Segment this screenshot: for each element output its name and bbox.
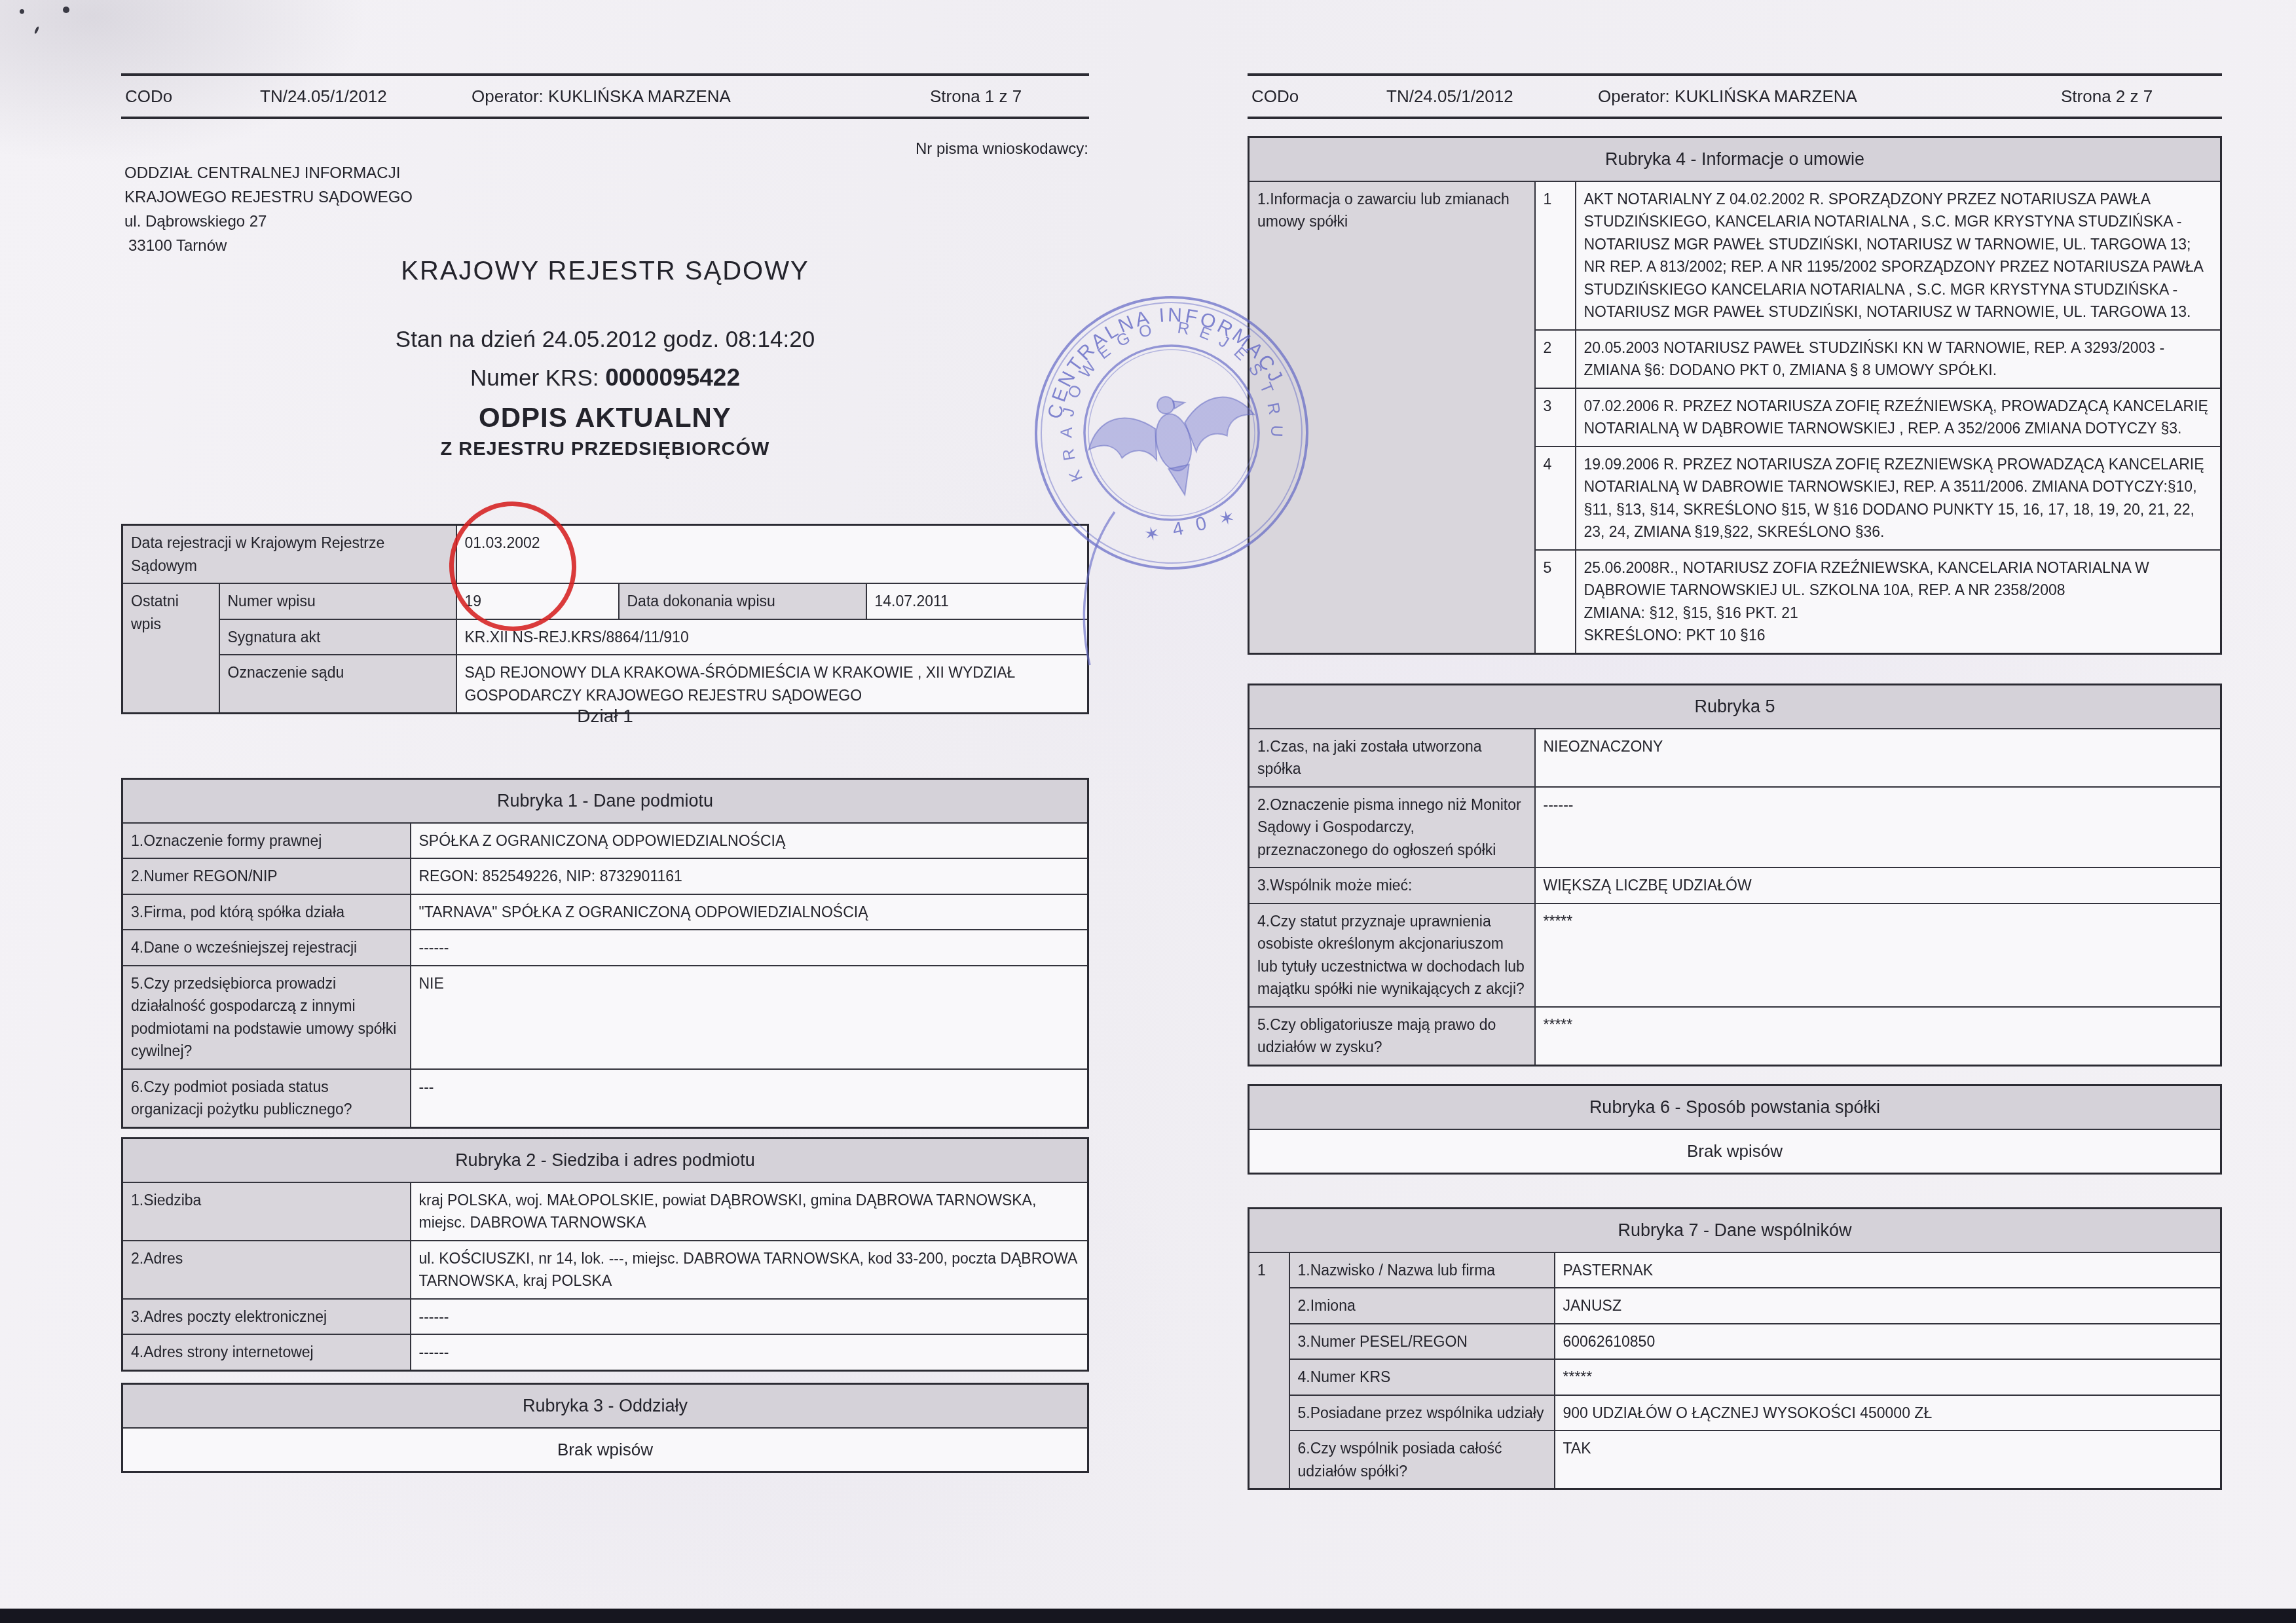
odpis-heading: ODPIS AKTUALNY xyxy=(121,402,1089,433)
table-row: 4.Dane o wcześniejszej rejestracji------ xyxy=(122,930,1088,966)
page2-header: CODo TN/24.05/1/2012 Operator: KUKLIŃSKA… xyxy=(1248,73,2222,119)
table-row: 2.Numer REGON/NIPREGON: 852549226, NIP: … xyxy=(122,858,1088,894)
rubryka4-table: Rubryka 4 - Informacje o umowie 1.Inform… xyxy=(1248,136,2222,655)
issuer-address-line: KRAJOWEGO REJESTRU SĄDOWEGO xyxy=(124,185,413,210)
row-value: ***** xyxy=(1535,1007,2221,1066)
table-row: Brak wpisów xyxy=(122,1428,1088,1472)
row-value: ul. KOŚCIUSZKI, nr 14, lok. ---, miejsc.… xyxy=(411,1241,1088,1299)
page1-header-operator: Operator: KUKLIŃSKA MARZENA xyxy=(472,86,731,107)
table-row: Brak wpisów xyxy=(1249,1129,2221,1174)
row-value: TAK xyxy=(1555,1431,2221,1489)
page2-header-page: Strona 2 z 7 xyxy=(2061,86,2153,107)
row-label: 4.Czy statut przyznaje uprawnienia osobi… xyxy=(1249,903,1535,1007)
rubryka4-title: Rubryka 4 - Informacje o umowie xyxy=(1249,137,2221,181)
row-value: --- xyxy=(411,1069,1088,1128)
rubryka6-wrap: Rubryka 6 - Sposób powstania spółki Brak… xyxy=(1248,1084,2222,1175)
row-value: ------ xyxy=(1535,787,2221,868)
table-row: 2.ImionaJANUSZ xyxy=(1249,1288,2221,1324)
row-label: 1.Nazwisko / Nazwa lub firma xyxy=(1289,1252,1555,1288)
table-row: Sygnatura akt KR.XII NS-REJ.KRS/8864/11/… xyxy=(122,619,1088,655)
row-label: 2.Imiona xyxy=(1289,1288,1555,1324)
register-subtitle: Z REJESTRU PRZEDSIĘBIORCÓW xyxy=(121,439,1089,460)
entry-date-label: Data dokonania wpisu xyxy=(619,583,866,619)
rubryka4-wrap: Rubryka 4 - Informacje o umowie 1.Inform… xyxy=(1248,136,2222,655)
page1-header-page: Strona 1 z 7 xyxy=(930,86,1022,107)
table-row: Rubryka 5 xyxy=(1249,685,2221,729)
table-row: Rubryka 1 - Dane podmiotu xyxy=(122,779,1088,823)
table-row: Rubryka 4 - Informacje o umowie xyxy=(1249,137,2221,181)
court-designation-label: Oznaczenie sądu xyxy=(219,655,456,714)
row-label: 5.Czy przedsiębiorca prowadzi działalnoś… xyxy=(122,966,411,1069)
page2-header-ref: TN/24.05/1/2012 xyxy=(1386,86,1513,107)
table-row: Rubryka 7 - Dane wspólników xyxy=(1249,1209,2221,1252)
page1-header-code: CODo xyxy=(125,86,172,107)
row-value: ------ xyxy=(411,1334,1088,1370)
rubryka3-wrap: Rubryka 3 - Oddziały Brak wpisów xyxy=(121,1383,1089,1473)
row-label: 3.Adres poczty elektronicznej xyxy=(122,1299,411,1335)
section-heading-dzial-1: Dział 1 xyxy=(121,706,1089,727)
table-row: 3.Wspólnik może mieć:WIĘKSZĄ LICZBĘ UDZI… xyxy=(1249,867,2221,903)
row-value: JANUSZ xyxy=(1555,1288,2221,1324)
rubryka7-title: Rubryka 7 - Dane wspólników xyxy=(1249,1209,2221,1252)
issuer-address-line: ODDZIAŁ CENTRALNEJ INFORMACJI xyxy=(124,161,413,185)
table-row: 5.Czy przedsiębiorca prowadzi działalnoś… xyxy=(122,966,1088,1069)
rubryka3-empty: Brak wpisów xyxy=(122,1428,1088,1472)
row-label: 3.Numer PESEL/REGON xyxy=(1289,1324,1555,1360)
page1-header-ref: TN/24.05/1/2012 xyxy=(260,86,387,107)
table-row: Rubryka 2 - Siedziba i adres podmiotu xyxy=(122,1139,1088,1182)
rubryka1-wrap: Rubryka 1 - Dane podmiotu 1.Oznaczenie f… xyxy=(121,778,1089,1129)
table-row: 6.Czy wspólnik posiada całość udziałów s… xyxy=(1249,1431,2221,1489)
table-row: 3.Numer PESEL/REGON60062610850 xyxy=(1249,1324,2221,1360)
row-label: 1.Oznaczenie formy prawnej xyxy=(122,823,411,859)
registration-table: Data rejestracji w Krajowym Rejestrze Są… xyxy=(121,524,1089,714)
rubryka7-wrap: Rubryka 7 - Dane wspólników 1 1.Nazwisko… xyxy=(1248,1207,2222,1490)
table-row: 1.Informacja o zawarciu lub zmianach umo… xyxy=(1249,181,2221,330)
scanned-krs-document: CODo TN/24.05/1/2012 Operator: KUKLIŃSKA… xyxy=(0,0,2296,1623)
table-row: 3.Adres poczty elektronicznej------ xyxy=(122,1299,1088,1335)
row-value: 900 UDZIAŁÓW O ŁĄCZNEJ WYSOKOŚCI 450000 … xyxy=(1555,1395,2221,1431)
entry-date-value: 14.07.2011 xyxy=(866,583,1088,619)
row-label: 5.Czy obligatoriusze mają prawo do udzia… xyxy=(1249,1007,1535,1066)
table-row: 4.Numer KRS***** xyxy=(1249,1359,2221,1395)
row-label: 3.Wspólnik może mieć: xyxy=(1249,867,1535,903)
issuer-address-block: ODDZIAŁ CENTRALNEJ INFORMACJI KRAJOWEGO … xyxy=(124,161,413,258)
krs-number-line: Numer KRS: 0000095422 xyxy=(121,364,1089,392)
rubryka1-title: Rubryka 1 - Dane podmiotu xyxy=(122,779,1088,823)
rubryka5-title: Rubryka 5 xyxy=(1249,685,2221,729)
rubryka6-title: Rubryka 6 - Sposób powstania spółki xyxy=(1249,1085,2221,1129)
entry-number: 1 xyxy=(1535,181,1576,330)
table-row: 2.Adresul. KOŚCIUSZKI, nr 14, lok. ---, … xyxy=(122,1241,1088,1299)
court-designation-value: SĄD REJONOWY DLA KRAKOWA-ŚRÓDMIEŚCIA W K… xyxy=(456,655,1088,714)
row-label: 2.Oznaczenie pisma innego niż Monitor Są… xyxy=(1249,787,1535,868)
row-value: ------ xyxy=(411,1299,1088,1335)
table-row: Ostatni wpis Numer wpisu 19 Data dokonan… xyxy=(122,583,1088,619)
row-label: 2.Numer REGON/NIP xyxy=(122,858,411,894)
table-row: 5.Czy obligatoriusze mają prawo do udzia… xyxy=(1249,1007,2221,1066)
row-value: ***** xyxy=(1535,903,2221,1007)
entry-number: 5 xyxy=(1535,550,1576,654)
rubryka2-title: Rubryka 2 - Siedziba i adres podmiotu xyxy=(122,1139,1088,1182)
table-row: 3.Firma, pod którą spółka działa"TARNAVA… xyxy=(122,894,1088,930)
table-row: Data rejestracji w Krajowym Rejestrze Są… xyxy=(122,525,1088,584)
row-label: 5.Posiadane przez wspólnika udziały xyxy=(1289,1395,1555,1431)
table-row: 1.Siedzibakraj POLSKA, woj. MAŁOPOLSKIE,… xyxy=(122,1182,1088,1241)
table-row: 1.Oznaczenie formy prawnejSPÓŁKA Z OGRAN… xyxy=(122,823,1088,859)
row-value: NIEOZNACZONY xyxy=(1535,729,2221,787)
table-row: 6.Czy podmiot posiada status organizacji… xyxy=(122,1069,1088,1128)
row-value: kraj POLSKA, woj. MAŁOPOLSKIE, powiat DĄ… xyxy=(411,1182,1088,1241)
entry-text: 07.02.2006 R. PRZEZ NOTARIUSZA ZOFIĘ RZE… xyxy=(1576,388,2221,447)
rubryka3-title: Rubryka 3 - Oddziały xyxy=(122,1384,1088,1428)
table-row: Oznaczenie sądu SĄD REJONOWY DLA KRAKOWA… xyxy=(122,655,1088,714)
entry-number: 3 xyxy=(1535,388,1576,447)
rubryka7-table: Rubryka 7 - Dane wspólników 1 1.Nazwisko… xyxy=(1248,1207,2222,1490)
last-entry-label: Ostatni wpis xyxy=(122,583,219,714)
page1-header: CODo TN/24.05/1/2012 Operator: KUKLIŃSKA… xyxy=(121,73,1089,119)
table-row: Rubryka 3 - Oddziały xyxy=(122,1384,1088,1428)
ink-speck xyxy=(34,26,40,35)
entry-number: 4 xyxy=(1535,447,1576,550)
krs-number-label: Numer KRS: xyxy=(470,365,605,391)
registration-date-label: Data rejestracji w Krajowym Rejestrze Są… xyxy=(122,525,456,584)
rubryka2-table: Rubryka 2 - Siedziba i adres podmiotu 1.… xyxy=(121,1137,1089,1372)
scanner-edge-strip xyxy=(0,1609,2296,1623)
rubryka5-table: Rubryka 5 1.Czas, na jaki została utworz… xyxy=(1248,684,2222,1067)
blue-ink-stroke xyxy=(1067,511,1126,668)
table-row: Rubryka 6 - Sposób powstania spółki xyxy=(1249,1085,2221,1129)
file-signature-label: Sygnatura akt xyxy=(219,619,456,655)
row-label: 6.Czy wspólnik posiada całość udziałów s… xyxy=(1289,1431,1555,1489)
table-row: 1 1.Nazwisko / Nazwa lub firma PASTERNAK xyxy=(1249,1252,2221,1288)
ink-speck xyxy=(20,9,24,14)
row-label: 6.Czy podmiot posiada status organizacji… xyxy=(122,1069,411,1128)
page2-header-operator: Operator: KUKLIŃSKA MARZENA xyxy=(1598,86,1857,107)
row-value: PASTERNAK xyxy=(1555,1252,2221,1288)
row-label: 2.Adres xyxy=(122,1241,411,1299)
document-title: KRAJOWY REJESTR SĄDOWY xyxy=(121,257,1089,286)
table-row: 2.Oznaczenie pisma innego niż Monitor Są… xyxy=(1249,787,2221,868)
court-round-stamp: CENTRALNA INFORMACJA KRAJOWEGO REJESTRU … xyxy=(1016,278,1327,588)
page2-header-code: CODo xyxy=(1251,86,1299,107)
status-date-line: Stan na dzień 24.05.2012 godz. 08:14:20 xyxy=(121,327,1089,353)
issuer-address-line: 33100 Tarnów xyxy=(124,234,413,258)
row-label: 4.Adres strony internetowej xyxy=(122,1334,411,1370)
row-label: 1.Czas, na jaki została utworzona spółka xyxy=(1249,729,1535,787)
table-row: 5.Posiadane przez wspólnika udziały900 U… xyxy=(1249,1395,2221,1431)
applicant-letter-number-label: Nr pisma wnioskodawcy: xyxy=(753,140,1088,158)
stamp-number-text: ✶ 4 0 ✶ xyxy=(1142,506,1240,547)
file-signature-value: KR.XII NS-REJ.KRS/8864/11/910 xyxy=(456,619,1088,655)
entry-text: AKT NOTARIALNY Z 04.02.2002 R. SPORZĄDZO… xyxy=(1576,181,2221,330)
table-row: 4.Czy statut przyznaje uprawnienia osobi… xyxy=(1249,903,2221,1007)
rubryka6-table: Rubryka 6 - Sposób powstania spółki Brak… xyxy=(1248,1084,2222,1175)
rubryka5-wrap: Rubryka 5 1.Czas, na jaki została utworz… xyxy=(1248,684,2222,1067)
row-value: SPÓŁKA Z OGRANICZONĄ ODPOWIEDZIALNOŚCIĄ xyxy=(411,823,1088,859)
entry-text: 20.05.2003 NOTARIUSZ PAWEŁ STUDZIŃSKI KN… xyxy=(1576,330,2221,388)
issuer-address-line: ul. Dąbrowskiego 27 xyxy=(124,210,413,234)
row-label: 4.Dane o wcześniejszej rejestracji xyxy=(122,930,411,966)
table-row: 1.Czas, na jaki została utworzona spółka… xyxy=(1249,729,2221,787)
row-label: 4.Numer KRS xyxy=(1289,1359,1555,1395)
shareholder-group-number: 1 xyxy=(1249,1252,1289,1489)
rubryka1-table: Rubryka 1 - Dane podmiotu 1.Oznaczenie f… xyxy=(121,778,1089,1129)
entry-text: 25.06.2008R., NOTARIUSZ ZOFIA RZEŹNIEWSK… xyxy=(1576,550,2221,654)
registration-table-wrap: Data rejestracji w Krajowym Rejestrze Są… xyxy=(121,524,1089,714)
row-value: "TARNAVA" SPÓŁKA Z OGRANICZONĄ ODPOWIEDZ… xyxy=(411,894,1088,930)
row-value: REGON: 852549226, NIP: 8732901161 xyxy=(411,858,1088,894)
row-value: WIĘKSZĄ LICZBĘ UDZIAŁÓW xyxy=(1535,867,2221,903)
entry-text: 19.09.2006 R. PRZEZ NOTARIUSZA ZOFIĘ RZE… xyxy=(1576,447,2221,550)
rubryka3-table: Rubryka 3 - Oddziały Brak wpisów xyxy=(121,1383,1089,1473)
row-value: ***** xyxy=(1555,1359,2221,1395)
row-label: 3.Firma, pod którą spółka działa xyxy=(122,894,411,930)
ink-speck xyxy=(63,7,69,13)
row-value: 60062610850 xyxy=(1555,1324,2221,1360)
table-row: 4.Adres strony internetowej------ xyxy=(122,1334,1088,1370)
krs-number-value: 0000095422 xyxy=(605,364,740,391)
entry-number: 2 xyxy=(1535,330,1576,388)
rubryka6-empty: Brak wpisów xyxy=(1249,1129,2221,1174)
row-label: 1.Siedziba xyxy=(122,1182,411,1241)
row-value: NIE xyxy=(411,966,1088,1069)
row-value: ------ xyxy=(411,930,1088,966)
entry-number-label: Numer wpisu xyxy=(219,583,456,619)
rubryka2-wrap: Rubryka 2 - Siedziba i adres podmiotu 1.… xyxy=(121,1137,1089,1372)
